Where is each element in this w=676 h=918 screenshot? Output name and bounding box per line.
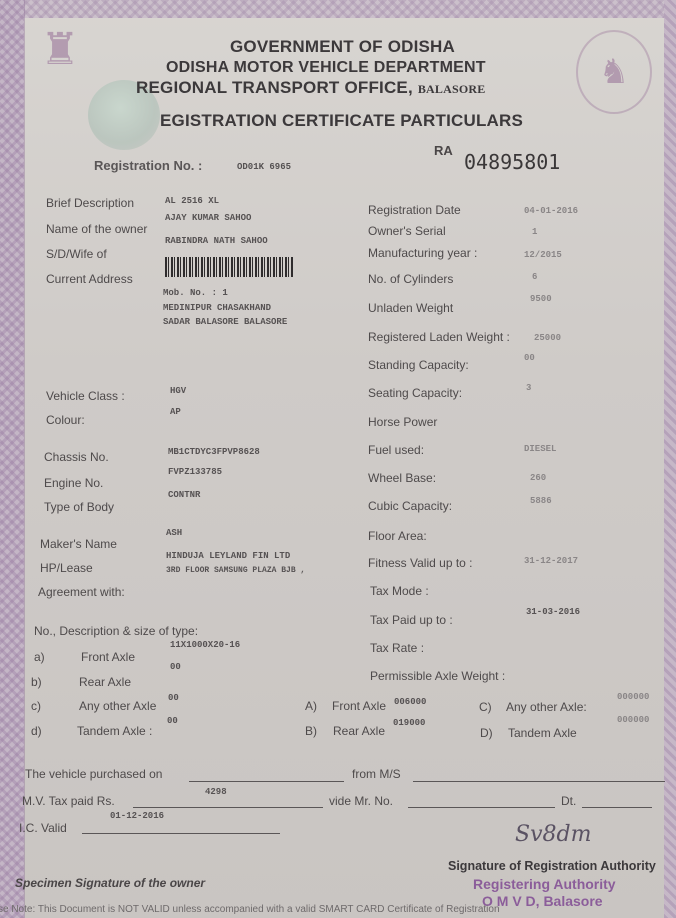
body-type-value: CONTNR bbox=[168, 490, 200, 500]
decorative-border-top bbox=[0, 0, 676, 18]
hp-lease-value-2: 3RD FLOOR SAMSUNG PLAZA BJB , bbox=[166, 566, 305, 575]
floor-area-label: Floor Area: bbox=[368, 529, 427, 543]
address-barcode bbox=[165, 257, 293, 277]
laden-weight-value: 25000 bbox=[534, 333, 561, 343]
laden-weight-label: Registered Laden Weight : bbox=[368, 330, 510, 344]
address-line-2: SADAR BALASORE BALASORE bbox=[163, 317, 287, 327]
tyre-row-d-label: Tandem Axle : bbox=[77, 724, 152, 738]
vehicle-class-label: Vehicle Class : bbox=[46, 389, 125, 403]
mobile-number: Mob. No. : 1 bbox=[163, 288, 228, 298]
owner-serial-value: 1 bbox=[532, 227, 537, 237]
standing-capacity-label: Standing Capacity: bbox=[368, 358, 469, 372]
axle-weight-a-key: A) bbox=[305, 699, 317, 713]
tax-paid-upto-label: Tax Paid up to : bbox=[370, 613, 453, 627]
manufacturing-year-value: 12/2015 bbox=[524, 250, 562, 260]
wheel-base-label: Wheel Base: bbox=[368, 471, 436, 485]
tyre-row-b-label: Rear Axle bbox=[79, 675, 131, 689]
cylinders-value: 6 bbox=[532, 272, 537, 282]
axle-weight-d-value: 000000 bbox=[617, 715, 649, 725]
decorative-border-right bbox=[664, 0, 676, 918]
seating-capacity-label: Seating Capacity: bbox=[368, 386, 462, 400]
header-line-1: GOVERNMENT OF ODISHA bbox=[230, 37, 455, 57]
vehicle-class-value: HGV bbox=[170, 386, 186, 396]
odisha-state-emblem-icon: ♞ bbox=[576, 30, 652, 114]
axle-weight-b-label: Rear Axle bbox=[333, 724, 385, 738]
maker-name-label: Maker's Name bbox=[40, 537, 117, 551]
tax-paid-value: 4298 bbox=[205, 787, 227, 797]
fuel-label: Fuel used: bbox=[368, 443, 424, 457]
tyre-row-d-key: d) bbox=[31, 724, 42, 738]
tax-paid-line bbox=[133, 807, 323, 808]
national-emblem-icon: ♜ bbox=[40, 14, 80, 86]
tyre-row-b-key: b) bbox=[31, 675, 42, 689]
unladen-weight-label: Unladen Weight bbox=[368, 301, 453, 315]
registration-label: Registration No. : bbox=[94, 158, 202, 173]
wheel-base-value: 260 bbox=[530, 473, 546, 483]
axle-weight-b-value: 019000 bbox=[393, 718, 425, 728]
header-line-3: REGIONAL TRANSPORT OFFICE, BALASORE bbox=[136, 78, 485, 98]
hp-lease-label: HP/Lease bbox=[40, 561, 93, 575]
fitness-valid-value: 31-12-2017 bbox=[524, 556, 578, 566]
unladen-weight-value: 9500 bbox=[530, 294, 552, 304]
validity-note: se Note: This Document is NOT VALID unle… bbox=[0, 904, 500, 915]
relation-value: RABINDRA NATH SAHOO bbox=[165, 236, 268, 246]
hp-lease-value-1: HINDUJA LEYLAND FIN LTD bbox=[166, 551, 290, 561]
axle-weight-a-value: 006000 bbox=[394, 697, 426, 707]
chassis-no-value: MB1CTDYC3FPVP8628 bbox=[168, 447, 260, 457]
axle-weight-b-key: B) bbox=[305, 724, 317, 738]
tyre-row-c-key: c) bbox=[31, 699, 41, 713]
purchased-on-line bbox=[189, 781, 344, 782]
standing-capacity-value: 00 bbox=[524, 353, 535, 363]
office-city: BALASORE bbox=[418, 82, 486, 96]
serial-prefix: RA bbox=[434, 143, 453, 158]
owner-serial-label: Owner's Serial bbox=[368, 224, 446, 238]
decorative-border-left bbox=[0, 0, 24, 918]
owner-name-value: AJAY KUMAR SAHOO bbox=[165, 213, 251, 223]
seating-capacity-value: 3 bbox=[526, 383, 531, 393]
stamp-registering-authority: Registering Authority bbox=[473, 876, 616, 892]
fitness-valid-label: Fitness Valid up to : bbox=[368, 556, 473, 570]
from-ms-label: from M/S bbox=[352, 767, 401, 781]
body-type-label: Type of Body bbox=[44, 500, 114, 514]
axle-weight-c-label: Any other Axle: bbox=[506, 700, 587, 714]
from-ms-line bbox=[413, 781, 665, 782]
authority-signature-label: Signature of Registration Authority bbox=[448, 859, 656, 873]
tax-rate-label: Tax Rate : bbox=[370, 641, 424, 655]
brief-description-value: AL 2516 XL bbox=[165, 196, 219, 206]
authority-signature: Sv8dm bbox=[515, 822, 591, 847]
axle-weight-a-label: Front Axle bbox=[332, 699, 386, 713]
tax-paid-label: M.V. Tax paid Rs. bbox=[22, 794, 115, 808]
colour-value: AP bbox=[170, 407, 181, 417]
owner-signature-label: Specimen Signature of the owner bbox=[15, 876, 205, 890]
tyre-row-c-label: Any other Axle bbox=[79, 699, 156, 713]
address-line-1: MEDINIPUR CHASAKHAND bbox=[163, 303, 271, 313]
tyre-description-label: No., Description & size of type: bbox=[34, 624, 198, 638]
dt-line bbox=[582, 807, 652, 808]
tyre-row-b-value: 00 bbox=[170, 662, 181, 672]
axle-weight-d-label: Tandem Axle bbox=[508, 726, 577, 740]
axle-weight-c-value: 000000 bbox=[617, 692, 649, 702]
document-title: EGISTRATION CERTIFICATE PARTICULARS bbox=[160, 111, 523, 131]
office-label: REGIONAL TRANSPORT OFFICE, bbox=[136, 78, 413, 97]
horse-power-label: Horse Power bbox=[368, 415, 437, 429]
cubic-capacity-value: 5886 bbox=[530, 496, 552, 506]
stamp-omvd-balasore: O M V D, Balasore bbox=[482, 893, 603, 909]
vide-mr-no-label: vide Mr. No. bbox=[329, 794, 393, 808]
tax-paid-upto-value: 31-03-2016 bbox=[526, 607, 580, 617]
permissible-axle-label: Permissible Axle Weight : bbox=[370, 669, 505, 683]
ic-valid-value: 01-12-2016 bbox=[110, 811, 164, 821]
tyre-row-a-key: a) bbox=[34, 650, 45, 664]
agreement-label: Agreement with: bbox=[38, 585, 125, 599]
purchased-on-label: The vehicle purchased on bbox=[25, 767, 162, 781]
fuel-value: DIESEL bbox=[524, 444, 556, 454]
axle-weight-c-key: C) bbox=[479, 700, 492, 714]
engine-no-value: FVPZ133785 bbox=[168, 467, 222, 477]
manufacturing-year-label: Manufacturing year : bbox=[368, 246, 477, 260]
registration-date-label: Registration Date bbox=[368, 203, 461, 217]
cylinders-label: No. of Cylinders bbox=[368, 272, 453, 286]
chassis-no-label: Chassis No. bbox=[44, 450, 109, 464]
cubic-capacity-label: Cubic Capacity: bbox=[368, 499, 452, 513]
ic-valid-label: I.C. Valid bbox=[19, 821, 67, 835]
relation-label: S/D/Wife of bbox=[46, 247, 107, 261]
brief-description-label: Brief Description bbox=[46, 196, 134, 210]
registration-value: OD01K 6965 bbox=[237, 162, 291, 172]
certificate-serial-number: 04895801 bbox=[464, 150, 560, 174]
registration-date-value: 04-01-2016 bbox=[524, 206, 578, 216]
colour-label: Colour: bbox=[46, 413, 85, 427]
owner-name-label: Name of the owner bbox=[46, 222, 147, 236]
tyre-size-value: 11X1000X20-16 bbox=[170, 640, 240, 650]
tyre-row-c-value: 00 bbox=[168, 693, 179, 703]
maker-name-value: ASH bbox=[166, 528, 182, 538]
dt-label: Dt. bbox=[561, 794, 576, 808]
address-label: Current Address bbox=[46, 272, 133, 286]
axle-weight-d-key: D) bbox=[480, 726, 493, 740]
tyre-row-a-label: Front Axle bbox=[81, 650, 135, 664]
engine-no-label: Engine No. bbox=[44, 476, 103, 490]
header-line-2: ODISHA MOTOR VEHICLE DEPARTMENT bbox=[166, 59, 486, 77]
tyre-row-d-value: 00 bbox=[167, 716, 178, 726]
vide-mr-no-line bbox=[408, 807, 555, 808]
tax-mode-label: Tax Mode : bbox=[370, 584, 429, 598]
ic-valid-line bbox=[82, 833, 280, 834]
